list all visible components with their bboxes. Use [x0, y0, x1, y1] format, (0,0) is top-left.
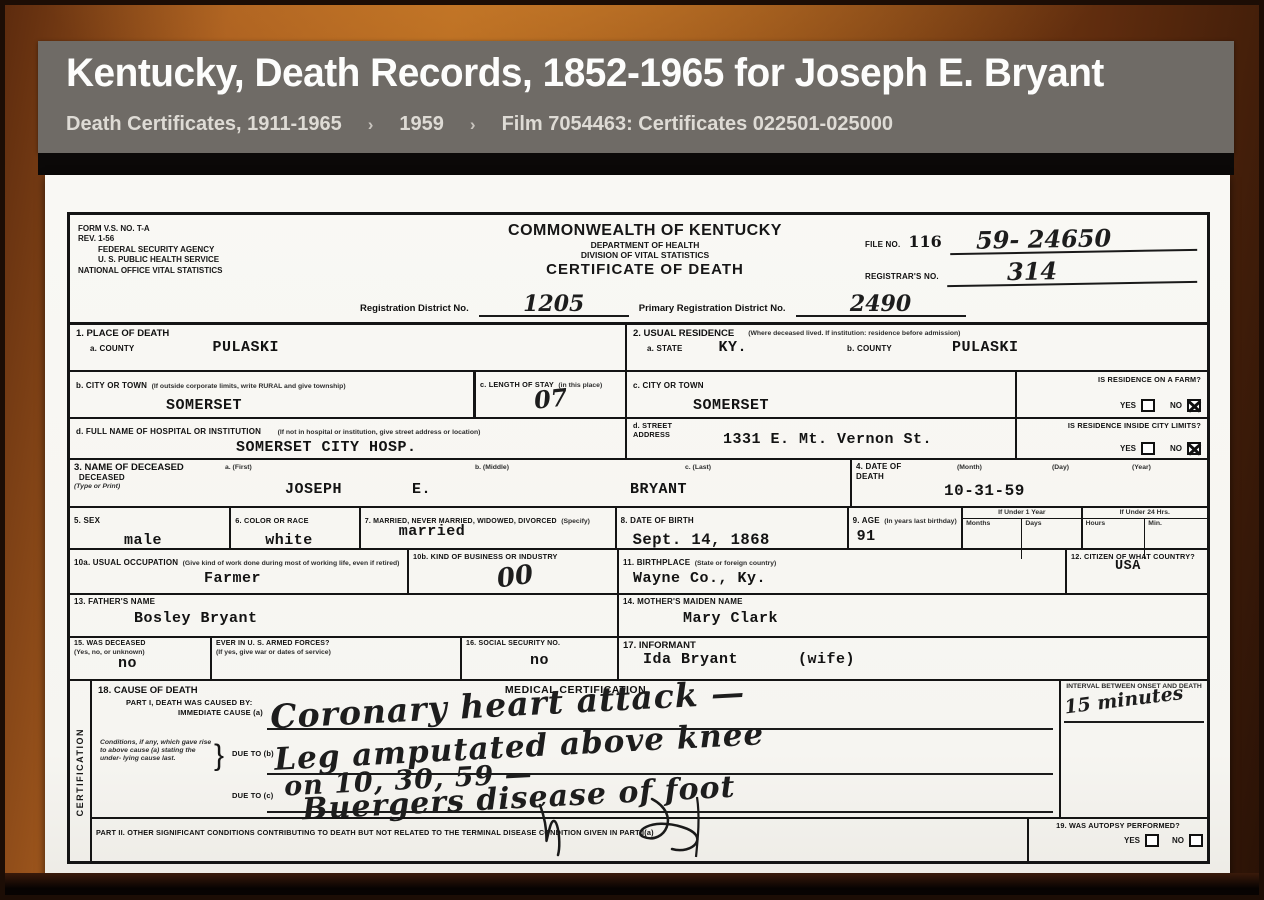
was-deceased-field: 15. WAS DECEASED (Yes, no, or unknown) n… — [70, 638, 212, 679]
part2-row: PART II. OTHER SIGNIFICANT CONDITIONS CO… — [92, 817, 1207, 863]
residence-street-limits-row: d. STREET ADDRESS 1331 E. Mt. Vernon St.… — [627, 419, 1207, 458]
sex-value: male — [124, 532, 225, 549]
record-header-band: Kentucky, Death Records, 1852-1965 for J… — [38, 41, 1234, 153]
date-of-death-field: 4. DATE OF DEATH (Month) (Day) (Year) 10… — [852, 460, 1207, 506]
form-masthead-row: FORM V.S. NO. T-A REV. 1-56 FEDERAL SECU… — [70, 215, 1207, 325]
breadcrumb-item-film[interactable]: Film 7054463: Certificates 022501-025000 — [502, 113, 893, 136]
part2-field: PART II. OTHER SIGNIFICANT CONDITIONS CO… — [92, 819, 1027, 863]
place-residence-row: 1. PLACE OF DEATH a. COUNTY PULASKI b. C… — [70, 325, 1207, 460]
name-of-deceased-field: 3. NAME OF DECEASED DECEASED (Type or Pr… — [70, 460, 852, 506]
breadcrumb: Death Certificates, 1911-1965 › 1959 › F… — [66, 113, 893, 136]
farm-yes-checkbox — [1141, 399, 1155, 412]
form-id-block: FORM V.S. NO. T-A REV. 1-56 FEDERAL SECU… — [78, 224, 222, 276]
mother-name-field: 14. MOTHER'S MAIDEN NAME Mary Clark — [619, 595, 1207, 636]
certification-side-label: CERTIFICATION — [70, 681, 92, 863]
middle-name-value: E. — [412, 481, 431, 498]
birthplace-value: Wayne Co., Ky. — [633, 570, 1061, 587]
marital-status-value: married — [399, 523, 466, 540]
county-of-death-field: 1. PLACE OF DEATH a. COUNTY PULASKI — [70, 325, 625, 372]
header-divider — [38, 153, 1234, 175]
hospital-field: d. FULL NAME OF HOSPITAL OR INSTITUTION … — [70, 419, 625, 458]
armed-forces-field: EVER IN U. S. ARMED FORCES? (If yes, giv… — [212, 638, 462, 679]
breadcrumb-item-year[interactable]: 1959 — [399, 113, 444, 136]
record-viewer-page: Kentucky, Death Records, 1852-1965 for J… — [0, 0, 1264, 900]
social-security-field: 16. SOCIAL SECURITY NO. no — [462, 638, 619, 679]
residence-city-farm-row: c. CITY OR TOWN SOMERSET IS RESIDENCE ON… — [627, 372, 1207, 419]
breadcrumb-item-collection[interactable]: Death Certificates, 1911-1965 — [66, 113, 342, 136]
father-name-field: 13. FATHER'S NAME Bosley Bryant — [70, 595, 619, 636]
mother-name-value: Mary Clark — [683, 610, 1203, 627]
business-field: 10b. KIND OF BUSINESS OR INDUSTRY 00 — [409, 550, 619, 593]
autopsy-no-checkbox — [1189, 834, 1203, 847]
street-address-value: 1331 E. Mt. Vernon St. — [723, 431, 932, 448]
bottom-shadow — [5, 873, 1259, 895]
autopsy-yes-checkbox — [1145, 834, 1159, 847]
file-number-block: FILE NO. 116 59- 24650 REGISTRAR'S NO. 3… — [865, 227, 1197, 291]
length-of-stay-value: 07 — [533, 382, 569, 414]
last-name-value: BRYANT — [630, 481, 687, 498]
certificate-form: FORM V.S. NO. T-A REV. 1-56 FEDERAL SECU… — [67, 212, 1210, 864]
under-one-year-field: If Under 1 Year Months Days — [963, 508, 1082, 548]
father-name-value: Bosley Bryant — [134, 610, 613, 627]
city-limits-field: IS RESIDENCE INSIDE CITY LIMITS? YES NO — [1017, 419, 1207, 458]
social-security-value: no — [530, 652, 613, 669]
business-value: 00 — [495, 560, 535, 595]
date-of-birth-value: Sept. 14, 1868 — [633, 531, 843, 549]
occupation-value: Farmer — [204, 570, 403, 587]
occupation-field: 10a. USUAL OCCUPATION (Give kind of work… — [70, 550, 409, 593]
registrar-number: REGISTRAR'S NO. 314 — [865, 259, 1197, 285]
commonwealth-masthead: COMMONWEALTH OF KENTUCKY DEPARTMENT OF H… — [430, 222, 860, 278]
residence-state-county-field: 2. USUAL RESIDENCE (Where deceased lived… — [627, 325, 1207, 372]
primary-district-value: 2490 — [796, 293, 966, 317]
autopsy-field: 19. WAS AUTOPSY PERFORMED? YES NO — [1027, 819, 1207, 863]
city-of-death-value: SOMERSET — [166, 397, 467, 414]
age-field: 9. AGE (In years last birthday) 91 — [849, 508, 964, 548]
street-address-field: d. STREET ADDRESS 1331 E. Mt. Vernon St. — [627, 419, 1017, 458]
under-24-hours-field: If Under 24 Hrs. Hours Min. — [1083, 508, 1207, 548]
city-of-death-field: b. CITY OR TOWN (If outside corporate li… — [70, 372, 625, 419]
citizen-value: USA — [1115, 559, 1203, 574]
race-value: white — [265, 532, 354, 549]
breadcrumb-chevron-icon: › — [470, 115, 476, 135]
first-name-value: JOSEPH — [285, 481, 342, 498]
birthplace-field: 11. BIRTHPLACE (State or foreign country… — [619, 550, 1067, 593]
informant-relation-value: (wife) — [798, 651, 855, 668]
residence-city-field: c. CITY OR TOWN SOMERSET — [627, 372, 1017, 417]
interval-field: INTERVAL BETWEEN ONSET AND DEATH 15 minu… — [1059, 681, 1207, 817]
name-date-row: 3. NAME OF DECEASED DECEASED (Type or Pr… — [70, 460, 1207, 508]
citizen-field: 12. CITIZEN OF WHAT COUNTRY? USA — [1067, 550, 1207, 593]
residence-county-value: PULASKI — [952, 339, 1019, 356]
race-field: 6. COLOR OR RACE white — [231, 508, 360, 548]
limits-yes-checkbox — [1141, 442, 1155, 455]
breadcrumb-chevron-icon: › — [368, 115, 374, 135]
parents-row: 13. FATHER'S NAME Bosley Bryant 14. MOTH… — [70, 595, 1207, 638]
file-number: FILE NO. 116 59- 24650 — [865, 227, 1197, 253]
residence-farm-field: IS RESIDENCE ON A FARM? YES NO — [1017, 372, 1207, 417]
was-deceased-value: no — [118, 655, 206, 672]
limits-no-checkbox — [1187, 442, 1201, 455]
place-of-death-section: 1. PLACE OF DEATH a. COUNTY PULASKI b. C… — [70, 325, 627, 458]
illegible-scribble — [532, 797, 752, 861]
registrar-number-value: 314 — [947, 257, 1198, 287]
certificate-image[interactable]: FORM V.S. NO. T-A REV. 1-56 FEDERAL SECU… — [45, 175, 1230, 898]
marital-status-field: 7. MARRIED, NEVER MARRIED, WIDOWED, DIVO… — [361, 508, 617, 548]
length-of-stay-field: c. LENGTH OF STAY (in this place) 07 — [473, 372, 625, 417]
age-value: 91 — [857, 528, 958, 545]
vitals-row: 5. SEX male 6. COLOR OR RACE white 7. MA… — [70, 508, 1207, 550]
residence-city-value: SOMERSET — [693, 397, 1009, 414]
file-number-value: 59- 24650 — [950, 225, 1198, 255]
date-of-death-value: 10-31-59 — [944, 482, 1025, 500]
date-of-birth-field: 8. DATE OF BIRTH Sept. 14, 1868 — [617, 508, 849, 548]
residence-state-value: KY. — [719, 339, 748, 356]
occupation-row: 10a. USUAL OCCUPATION (Give kind of work… — [70, 550, 1207, 595]
medical-certification-section: CERTIFICATION 18. CAUSE OF DEATH MEDICAL… — [70, 681, 1207, 863]
farm-no-checkbox — [1187, 399, 1201, 412]
page-title: Kentucky, Death Records, 1852-1965 for J… — [66, 51, 1172, 96]
registration-district-value: 1205 — [479, 293, 629, 317]
usual-residence-section: 2. USUAL RESIDENCE (Where deceased lived… — [627, 325, 1207, 458]
misc-row: 15. WAS DECEASED (Yes, no, or unknown) n… — [70, 638, 1207, 681]
informant-field: 17. INFORMANT Ida Bryant (wife) — [619, 638, 1207, 679]
sex-field: 5. SEX male — [70, 508, 231, 548]
informant-value: Ida Bryant — [643, 651, 738, 668]
brace-glyph: } — [214, 739, 224, 773]
county-of-death-value: PULASKI — [212, 339, 279, 356]
registration-district-line: Registration District No. 1205 Primary R… — [360, 293, 1027, 317]
hospital-value: SOMERSET CITY HOSP. — [236, 439, 619, 456]
